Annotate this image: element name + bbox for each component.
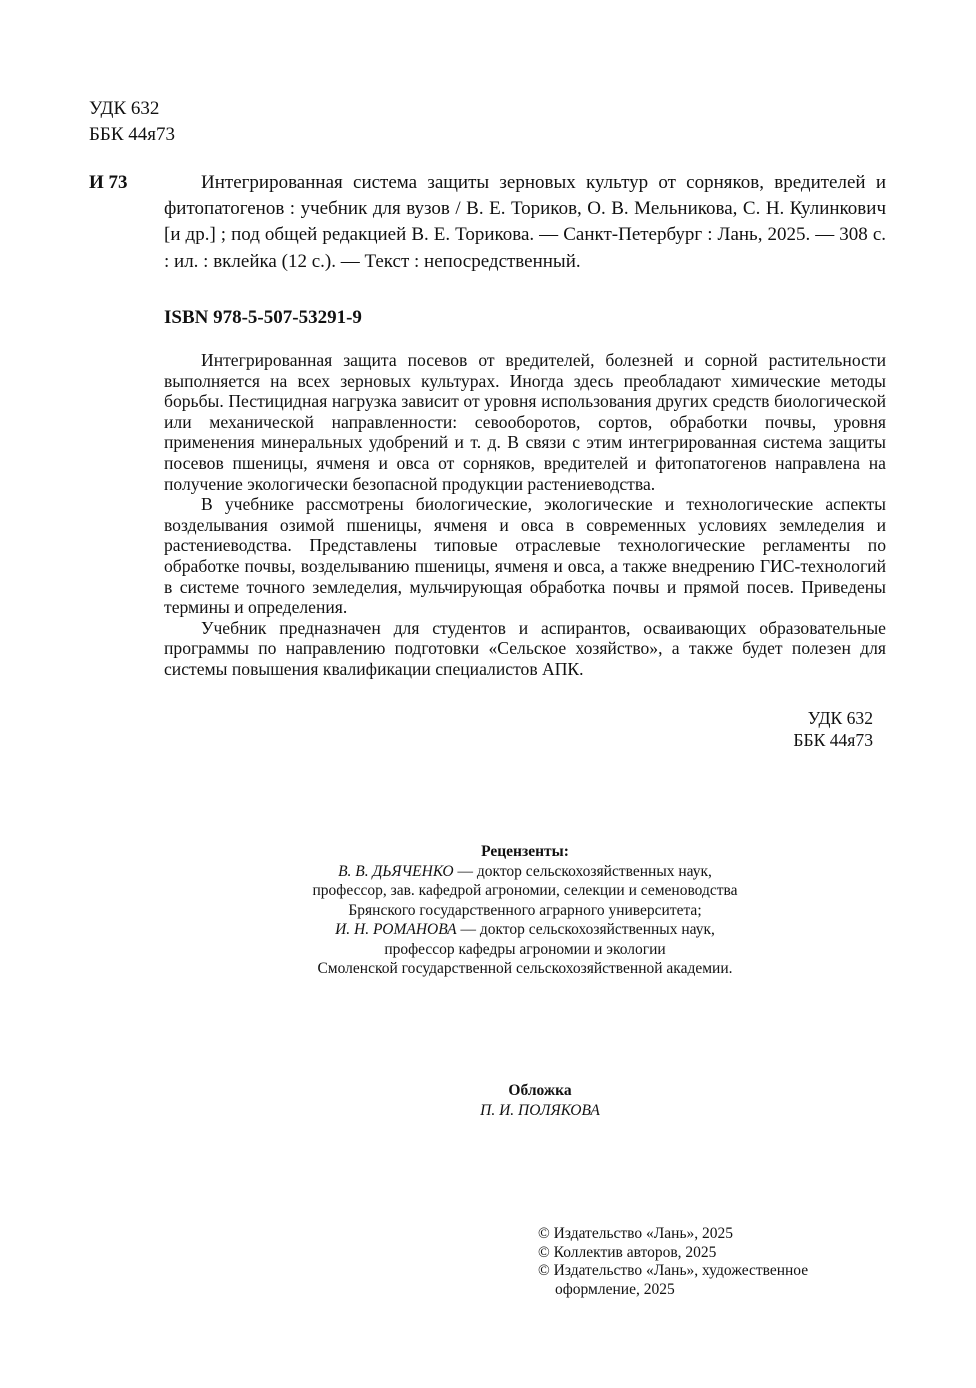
bibliographic-record: Интегрированная система защиты зерновых … (164, 170, 886, 275)
annotation-paragraph: Интегрированная защита посевов от вредит… (164, 350, 886, 494)
isbn: ISBN 978-5-507-53291-9 (164, 305, 362, 331)
udk-code: УДК 632 (89, 96, 175, 122)
copyright-line: © Издательство «Лань», 2025 (538, 1225, 868, 1244)
reviewer-affiliation: Смоленской государственной сельскохозяйс… (250, 959, 800, 979)
copyright-block: © Издательство «Лань», 2025 © Коллектив … (538, 1225, 868, 1299)
copyright-line: © Коллектив авторов, 2025 (538, 1244, 868, 1263)
classification-codes: УДК 632 ББК 44я73 (89, 96, 175, 148)
udk-code: УДК 632 (793, 707, 873, 729)
reviewers-block: Рецензенты: В. В. ДЬЯЧЕНКО — доктор сель… (250, 842, 800, 979)
reviewer: В. В. ДЬЯЧЕНКО — доктор сельскохозяйстве… (250, 862, 800, 921)
annotation-paragraph: В учебнике рассмотрены биологические, эк… (164, 494, 886, 618)
author-mark: И 73 (89, 170, 128, 196)
annotation: Интегрированная защита посевов от вредит… (164, 350, 886, 680)
reviewer: И. Н. РОМАНОВА — доктор сельскохозяйстве… (250, 920, 800, 979)
reviewer-degree: — доктор сельскохозяйственных наук, (454, 863, 712, 880)
reviewer-name: В. В. ДЬЯЧЕНКО (338, 863, 454, 880)
reviewer-name: И. Н. РОМАНОВА (335, 921, 456, 938)
annotation-paragraph: Учебник предназначен для студентов и асп… (164, 618, 886, 680)
bbk-code: ББК 44я73 (793, 729, 873, 751)
reviewer-affiliation: Брянского государственного аграрного уни… (250, 901, 800, 921)
copyright-line: © Издательство «Лань», художественное оф… (538, 1262, 868, 1299)
bbk-code: ББК 44я73 (89, 122, 175, 148)
cover-credit: Обложка П. И. ПОЛЯКОВА (350, 1081, 730, 1120)
reviewer-position: профессор, зав. кафедрой агрономии, селе… (250, 881, 800, 901)
cover-heading: Обложка (350, 1081, 730, 1101)
reviewers-heading: Рецензенты: (250, 842, 800, 862)
cover-designer: П. И. ПОЛЯКОВА (350, 1101, 730, 1121)
classification-codes-bottom: УДК 632 ББК 44я73 (793, 707, 873, 751)
reviewer-position: профессор кафедры агрономии и экологии (250, 940, 800, 960)
reviewer-degree: — доктор сельскохозяйственных наук, (457, 921, 715, 938)
